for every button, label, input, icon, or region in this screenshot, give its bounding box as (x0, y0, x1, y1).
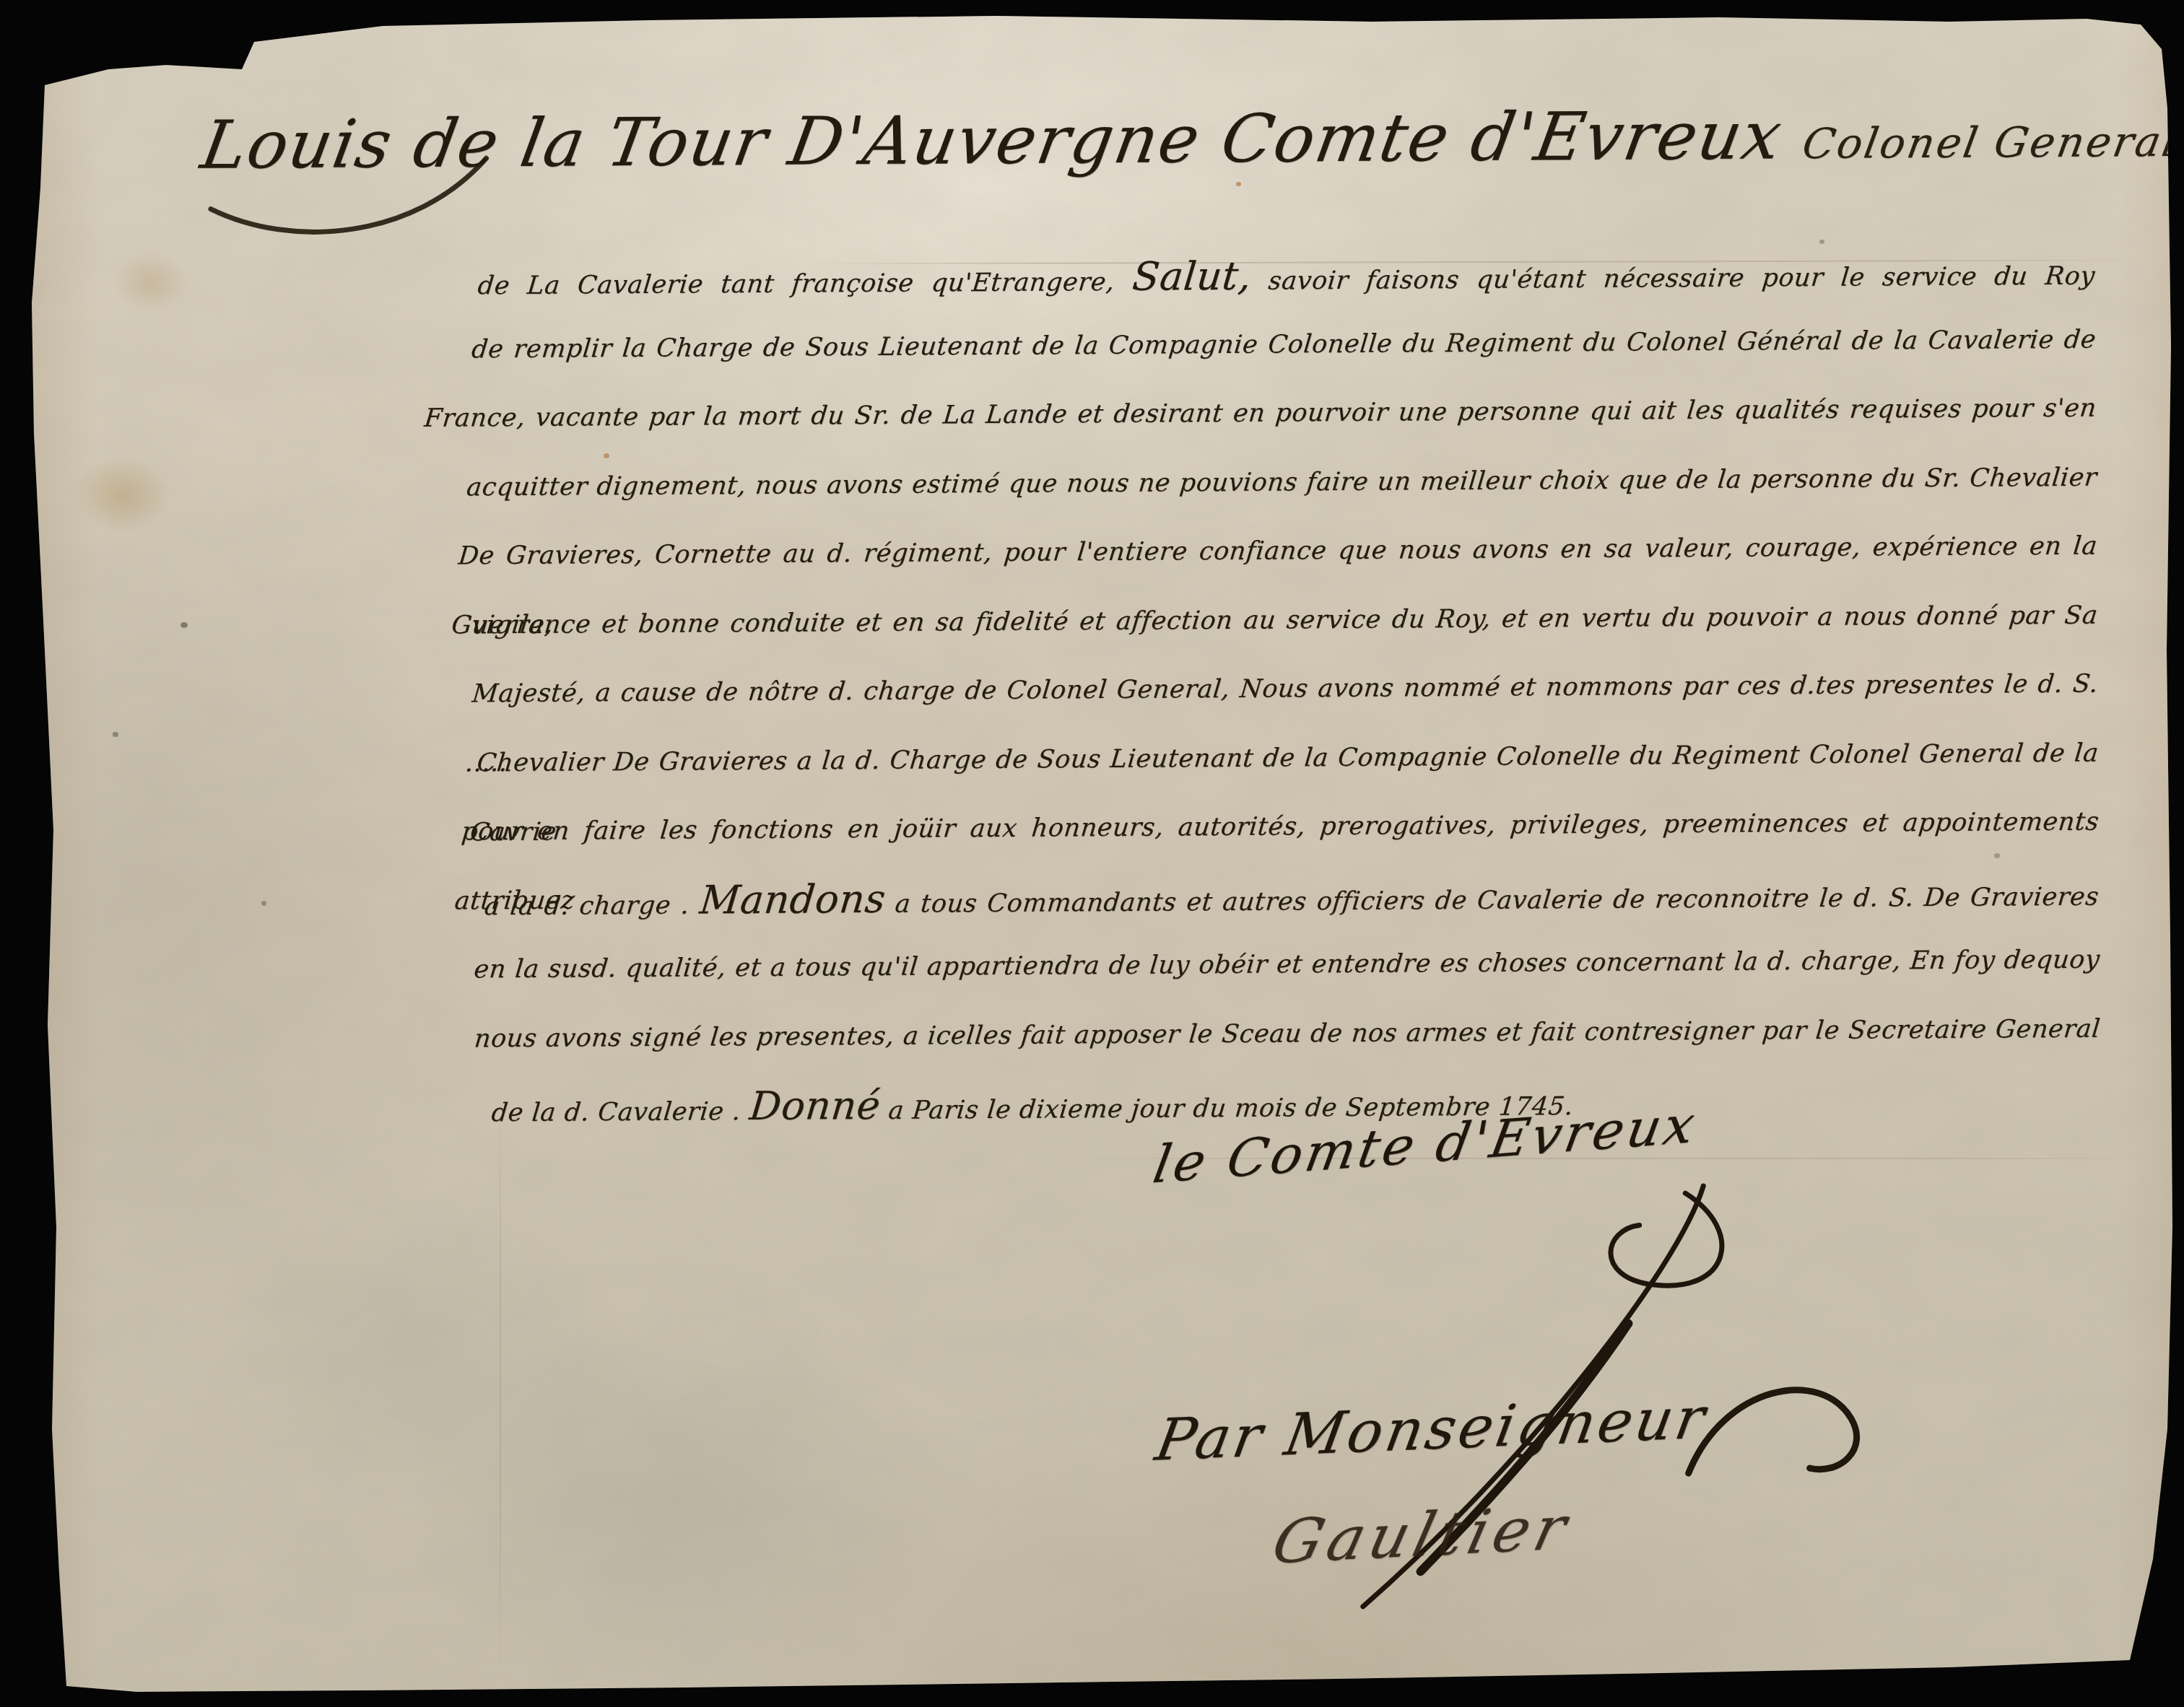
line-text: a tous Commandants et autres officiers d… (884, 882, 2100, 918)
manuscript-line: pour en faire les fonctions en joüir aux… (458, 788, 2102, 867)
manuscript-line: de remplir la Charge de Sous Lieutenant … (468, 305, 2099, 384)
manuscript-line: nous avons signé les presentes, a icelle… (471, 995, 2103, 1073)
body-text: de La Cavalerie tant françoise qu'Etrang… (465, 237, 2101, 1143)
document-title-suffix: Colonel General (1799, 117, 2183, 168)
manuscript-line: a la d. charge . Mandons a tous Commanda… (482, 857, 2102, 935)
manuscript-line: Chevalier De Gravieres a la d. Charge de… (474, 719, 2102, 798)
line-text: acquitter dignement, nous avons estimé q… (465, 463, 2098, 502)
monseigneur-flourish (1679, 1358, 1882, 1511)
line-text: en la susd. qualité, et a tous qu'il app… (473, 946, 2102, 985)
line-text: de la d. Cavalerie . (490, 1097, 751, 1127)
manuscript-line: vigilance et bonne conduite et en sa fid… (469, 581, 2101, 660)
parchment-document: Louis de la Tour D'Auvergne Comte d'Evre… (0, 0, 2184, 1707)
manuscript-line: acquitter dignement, nous avons estimé q… (464, 443, 2100, 522)
heading-initial-flourish (197, 138, 501, 263)
line-text: de La Cavalerie tant françoise qu'Etrang… (477, 268, 1134, 301)
line-text: vigilance et bonne conduite et en sa fid… (471, 601, 2100, 639)
photograph-frame: Louis de la Tour D'Auvergne Comte d'Evre… (0, 0, 2184, 1707)
line-text: a la d. charge . (483, 891, 701, 921)
line-text: France, vacante par la mort du Sr. de La… (423, 394, 2098, 433)
emphasized-word: Mandons (697, 876, 887, 922)
line-text: de remplir la Charge de Sous Lieutenant … (470, 325, 2097, 364)
manuscript-line: France, vacante par la mort du Sr. de La… (421, 375, 2100, 454)
document-text: Louis de la Tour D'Auvergne Comte d'Evre… (0, 0, 2184, 1707)
emphasized-word: Salut, (1131, 253, 1254, 300)
line-text: savoir faisons qu'étant nécessaire pour … (1250, 262, 2097, 296)
manuscript-line: Majesté, a cause de nôtre d. charge de C… (469, 650, 2101, 729)
emphasized-word: Donné (747, 1083, 882, 1129)
line-text: nous avons signé les presentes, a icelle… (473, 1014, 2102, 1053)
manuscript-line: de La Cavalerie tant françoise qu'Etrang… (475, 237, 2099, 315)
manuscript-line: en la susd. qualité, et a tous qu'il app… (471, 926, 2103, 1005)
manuscript-line: De Gravieres, Cornette au d. régiment, p… (455, 512, 2100, 591)
